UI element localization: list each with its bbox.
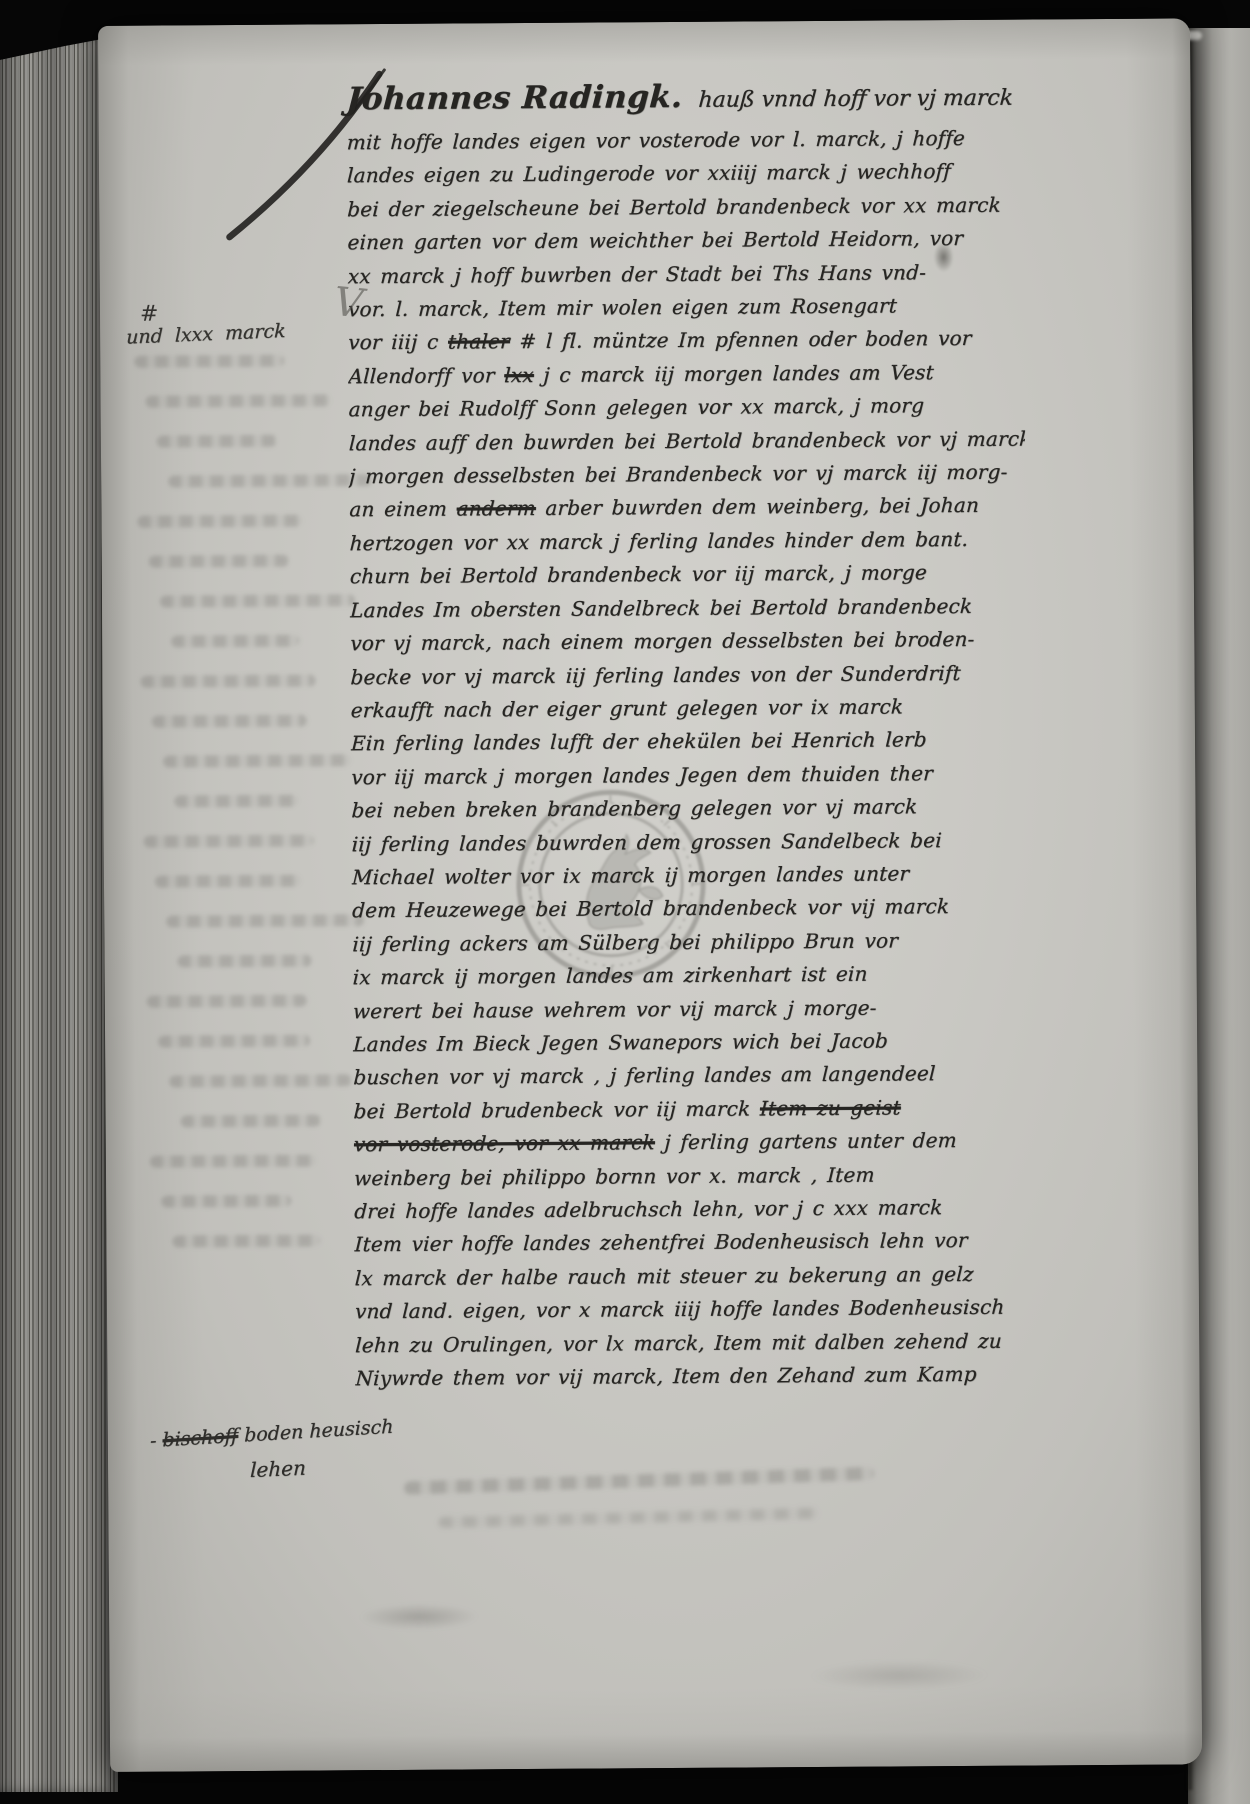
verso-bleedthrough-column bbox=[134, 354, 371, 1296]
text-segment: an einem bbox=[349, 497, 448, 522]
entry-heading: Johannes Radingk. bbox=[346, 79, 684, 117]
text-segment: buschen vor vj marck , j ferling landes … bbox=[353, 1062, 936, 1090]
text-segment: Michael wolter vor ix marck ij morgen la… bbox=[351, 861, 909, 889]
margin-bottom-note: - bischoff boden heusisch bbox=[150, 1416, 394, 1453]
manuscript-text-line: ix marck ij morgen landes am zirkenhart … bbox=[352, 957, 1030, 995]
manuscript-text-line: bei Bertold brudenbeck vor iij marck Ite… bbox=[353, 1090, 1031, 1128]
ghost-script-line bbox=[181, 1114, 321, 1127]
manuscript-text-line: Allendorff vor lxx j c marck iij morgen … bbox=[348, 355, 1026, 393]
text-segment: iij ferling ackers am Sülberg bei philip… bbox=[352, 928, 899, 956]
manuscript-text-line: vor iiij c thaler # l fl. müntze Im pfen… bbox=[347, 322, 1025, 360]
manuscript-text-line: iij ferling ackers am Sülberg bei philip… bbox=[352, 923, 1030, 961]
manuscript-text-line: lx marck der halbe rauch mit steuer zu b… bbox=[354, 1257, 1032, 1295]
manuscript-text-block: Johannes Radingk.hauß vnnd hoff vor vj m… bbox=[346, 72, 1031, 1396]
manuscript-text-line: anger bei Rudolff Sonn gelegen vor xx ma… bbox=[348, 389, 1026, 427]
text-segment: j ferling gartens unter dem bbox=[664, 1128, 958, 1154]
struck-text-segment: lxx bbox=[504, 363, 535, 387]
ghost-script-line bbox=[144, 835, 314, 848]
manuscript-text-line: vor iij marck j morgen landes Jegen dem … bbox=[350, 756, 1028, 794]
manuscript-text-line: erkaufft nach der eiger grunt gelegen vo… bbox=[350, 689, 1028, 727]
manuscript-text-line: Item vier hoffe landes zehentfrei Bodenh… bbox=[354, 1224, 1032, 1262]
text-segment: landes eigen zu Ludingerode vor xxiiij m… bbox=[347, 159, 952, 187]
text-segment: Item vier hoffe landes zehentfrei Bodenh… bbox=[354, 1228, 968, 1256]
text-segment: werert bei hause wehrem vor vij marck j … bbox=[352, 995, 877, 1023]
manuscript-text-line: bei neben breken brandenberg gelegen vor… bbox=[351, 790, 1029, 828]
text-segment: lx marck der halbe rauch mit steuer zu b… bbox=[354, 1262, 974, 1290]
margin-bottom-text: boden heusisch bbox=[244, 1416, 393, 1447]
ghost-script-line bbox=[168, 474, 373, 487]
text-segment: vor. l. marck, Item mir wolen eigen zum … bbox=[347, 293, 897, 321]
manuscript-text-line: vor. l. marck, Item mir wolen eigen zum … bbox=[347, 289, 1025, 327]
text-segment: iij ferling landes buwrden dem grossen S… bbox=[351, 828, 942, 856]
ghost-script-line bbox=[141, 674, 316, 687]
ghost-script-line bbox=[158, 1035, 310, 1048]
text-segment: becke vor vj marck iij ferling landes vo… bbox=[350, 660, 961, 688]
manuscript-text-line: mit hoffe landes eigen vor vosterode vor… bbox=[346, 122, 1024, 160]
ghost-script-line bbox=[174, 795, 298, 808]
entry-heading-row: Johannes Radingk.hauß vnnd hoff vor vj m… bbox=[345, 72, 1024, 127]
text-segment: xx marck j hoff buwrben der Stadt bei Th… bbox=[347, 260, 926, 288]
manuscript-text-line: Landes Im obersten Sandelbreck bei Berto… bbox=[349, 589, 1027, 627]
text-segment: erkaufft nach der eiger grunt gelegen vo… bbox=[350, 694, 904, 722]
ghost-script-line bbox=[157, 435, 277, 448]
text-segment: j c marck iij morgen landes am Vest bbox=[543, 360, 935, 387]
text-segment: landes auff den buwrden bei Bertold bran… bbox=[348, 426, 1025, 455]
margin-hash-mark: # bbox=[140, 302, 159, 327]
manuscript-text-line: Ein ferling landes lufft der ehekülen be… bbox=[350, 723, 1028, 761]
text-segment: churn bei Bertold brandenbeck vor iij ma… bbox=[349, 561, 927, 589]
text-segment: einen garten vor dem weichther bei Berto… bbox=[347, 226, 964, 254]
manuscript-text-line: landes eigen zu Ludingerode vor xxiiij m… bbox=[346, 155, 1024, 193]
ghost-script-line bbox=[152, 715, 307, 728]
manuscript-text-line: dem Heuzewege bei Bertold brandenbeck vo… bbox=[351, 890, 1029, 928]
manuscript-text-line: j morgen desselbsten bei Brandenbeck vor… bbox=[348, 456, 1026, 494]
manuscript-text-line: hertzogen vor xx marck j ferling landes … bbox=[349, 522, 1027, 560]
text-segment: ix marck ij morgen landes am zirkenhart … bbox=[352, 962, 868, 990]
manuscript-text-line: bei der ziegelscheune bei Bertold brande… bbox=[347, 188, 1025, 226]
manuscript-text-line: werert bei hause wehrem vor vij marck j … bbox=[352, 990, 1030, 1028]
text-segment: anger bei Rudolff Sonn gelegen vor xx ma… bbox=[348, 393, 925, 421]
ghost-script-line bbox=[177, 955, 311, 968]
text-segment: arber buwrden dem weinberg, bei Johan bbox=[545, 493, 980, 520]
text-segment: bei Bertold brudenbeck vor iij marck bbox=[353, 1096, 751, 1123]
ghost-script-line bbox=[149, 555, 289, 568]
text-segment: drei hoffe landes adelbruchsch lehn, vor… bbox=[354, 1195, 943, 1223]
manuscript-text-line: vor vj marck, nach einem morgen desselbs… bbox=[350, 623, 1028, 661]
struck-text-segment: anderm bbox=[456, 496, 536, 521]
manuscript-text-line: Michael wolter vor ix marck ij morgen la… bbox=[351, 856, 1029, 894]
text-segment: weinberg bei philippo bornn vor x. marck… bbox=[354, 1162, 876, 1190]
book-photograph: Johannes Radingk.hauß vnnd hoff vor vj m… bbox=[0, 0, 1250, 1804]
manuscript-text-line: vor vosterode, vor xx marck j ferling ga… bbox=[353, 1124, 1031, 1162]
ghost-script-line bbox=[169, 1074, 351, 1087]
text-segment: Landes Im obersten Sandelbreck bei Berto… bbox=[350, 594, 973, 622]
manuscript-text-line: einen garten vor dem weichther bei Berto… bbox=[347, 222, 1025, 260]
verso-bleedthrough-line bbox=[404, 1467, 874, 1495]
ghost-script-line bbox=[150, 1155, 316, 1168]
struck-text-segment: thaler bbox=[447, 330, 510, 354]
text-segment: vor iiij c bbox=[348, 330, 439, 355]
ghost-script-line bbox=[163, 754, 351, 767]
manuscript-text-line: becke vor vj marck iij ferling landes vo… bbox=[350, 656, 1028, 694]
stain bbox=[809, 1660, 989, 1691]
manuscript-text-line: iij ferling landes buwrden dem grossen S… bbox=[351, 823, 1029, 861]
manuscript-text-line: Landes Im Bieck Jegen Swanepors wich bei… bbox=[352, 1023, 1030, 1061]
text-segment: j morgen desselbsten bei Brandenbeck vor… bbox=[349, 460, 1008, 489]
manuscript-text-line: an einem anderm arber buwrden dem weinbe… bbox=[349, 489, 1027, 527]
text-segment: hertzogen vor xx marck j ferling landes … bbox=[349, 527, 969, 555]
margin-bottom-note-line2: lehen bbox=[250, 1456, 306, 1482]
ghost-script-line bbox=[166, 914, 364, 927]
text-segment: dem Heuzewege bei Bertold brandenbeck vo… bbox=[352, 894, 950, 922]
text-segment: Landes Im Bieck Jegen Swanepors wich bei… bbox=[353, 1028, 889, 1056]
ghost-script-line bbox=[171, 635, 299, 648]
text-segment: vor iij marck j morgen landes Jegen dem … bbox=[351, 761, 934, 789]
manuscript-lines: mit hoffe landes eigen vor vosterode vor… bbox=[347, 122, 1032, 1396]
text-segment: # l fl. müntze Im pfennen oder boden vor bbox=[519, 326, 972, 353]
ghost-script-line bbox=[172, 1234, 320, 1247]
manuscript-text-line: landes auff den buwrden bei Bertold bran… bbox=[348, 422, 1026, 460]
ghost-script-line bbox=[161, 1195, 291, 1208]
text-segment: bei der ziegelscheune bei Bertold brande… bbox=[347, 193, 1002, 222]
text-segment: Niywrde them vor vij marck, Item den Zeh… bbox=[355, 1362, 977, 1390]
margin-check-mark: V bbox=[332, 279, 365, 328]
verso-bleedthrough-line bbox=[438, 1508, 818, 1528]
text-segment: Allendorff vor bbox=[348, 363, 495, 388]
ghost-script-line bbox=[146, 394, 331, 407]
ghost-script-line bbox=[134, 355, 284, 368]
text-segment: Ein ferling landes lufft der ehekülen be… bbox=[351, 728, 928, 756]
manuscript-text-line: lehn zu Orulingen, vor lx marck, Item mi… bbox=[354, 1324, 1032, 1362]
struck-text-segment: vor vosterode, vor xx marck bbox=[353, 1130, 655, 1156]
manuscript-text-line: Niywrde them vor vij marck, Item den Zeh… bbox=[355, 1358, 1033, 1396]
ghost-script-line bbox=[160, 594, 355, 607]
text-segment: mit hoffe landes eigen vor vosterode vor… bbox=[346, 126, 965, 154]
text-segment: bei neben breken brandenberg gelegen vor… bbox=[351, 794, 918, 822]
manuscript-text-line: buschen vor vj marck , j ferling landes … bbox=[353, 1057, 1031, 1095]
manuscript-text-line: vnd land. eigen, vor x marck iiij hoffe … bbox=[354, 1291, 1032, 1329]
manuscript-page: Johannes Radingk.hauß vnnd hoff vor vj m… bbox=[98, 18, 1202, 1772]
manuscript-text-line: churn bei Bertold brandenbeck vor iij ma… bbox=[349, 556, 1027, 594]
margin-bottom-struck-word: bischoff bbox=[162, 1425, 238, 1452]
stain bbox=[359, 1603, 479, 1630]
ghost-script-line bbox=[147, 995, 307, 1008]
ghost-script-line bbox=[137, 515, 302, 528]
manuscript-text-line: drei hoffe landes adelbruchsch lehn, vor… bbox=[354, 1191, 1032, 1229]
text-segment: vor vj marck, nach einem morgen desselbs… bbox=[350, 627, 975, 655]
entry-heading-continuation: hauß vnnd hoff vor vj marck bbox=[698, 86, 1014, 113]
text-segment: lehn zu Orulingen, vor lx marck, Item mi… bbox=[355, 1328, 1003, 1357]
struck-text-segment: Item zu geist bbox=[759, 1095, 901, 1120]
manuscript-text-line: weinberg bei philippo bornn vor x. marck… bbox=[353, 1157, 1031, 1195]
text-segment: vnd land. eigen, vor x marck iiij hoffe … bbox=[354, 1295, 1005, 1324]
manuscript-text-line: xx marck j hoff buwrben der Stadt bei Th… bbox=[347, 255, 1025, 293]
ghost-script-line bbox=[155, 875, 301, 888]
margin-bottom-prefix: - bbox=[150, 1430, 157, 1452]
